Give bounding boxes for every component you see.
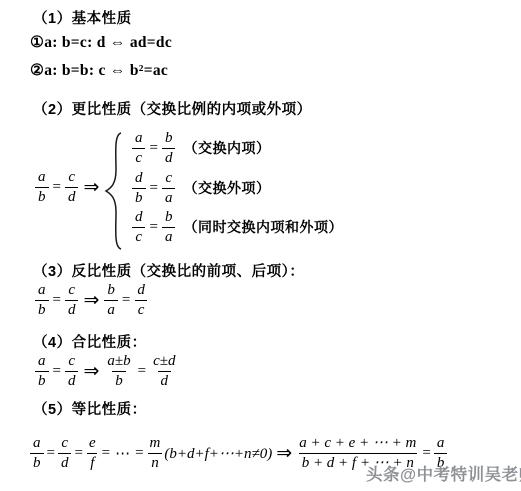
fraction-numerator: c <box>58 434 71 453</box>
case-row-swap-both: d c = b a （同时交换内项和外项） <box>132 208 343 247</box>
section-1-heading: （1）基本性质 <box>33 7 132 28</box>
fraction-numerator: b <box>104 281 118 300</box>
case-note-label: （交换外项） <box>183 178 270 198</box>
fraction-a-b: a b <box>35 168 49 207</box>
section-4-equation: a b = c d ⇒ a±b b = c±d d <box>35 352 178 391</box>
case-row-swap-inner: a c = b d （交换内项） <box>132 129 270 168</box>
implies-arrow-icon: ⇒ <box>273 442 295 464</box>
fraction-c-d: c d <box>65 168 79 207</box>
fraction-denominator: b <box>35 371 49 391</box>
case-row-swap-outer: d b = c a （交换外项） <box>132 169 270 208</box>
fraction-numerator: c <box>65 168 78 187</box>
equals-sign: = <box>51 363 63 380</box>
equals-sign: = <box>148 180 160 197</box>
fraction: a b <box>30 434 44 473</box>
cdots: ⋯ <box>113 444 132 463</box>
fraction-denominator: a <box>162 188 176 208</box>
implies-arrow-icon: ⇒ <box>80 289 102 311</box>
fraction: d b <box>132 169 146 208</box>
implies-arrow-icon: ⇒ <box>80 360 102 382</box>
fraction: b d <box>162 129 176 168</box>
fraction-denominator: b <box>30 453 44 473</box>
fraction-denominator: n <box>148 453 162 473</box>
equals-sign: = <box>51 292 63 309</box>
fraction: c d <box>65 281 79 320</box>
fraction-denominator: b <box>132 188 146 208</box>
fraction-numerator: e <box>86 434 99 453</box>
fraction: c d <box>65 352 79 391</box>
fraction-denominator: d <box>162 148 176 168</box>
fraction-denominator: b <box>112 371 126 391</box>
section-5-heading: （5）等比性质： <box>33 398 147 419</box>
fraction-denominator: d <box>65 187 79 207</box>
fraction: a b <box>35 281 49 320</box>
fraction-numerator: a <box>132 129 146 148</box>
fraction: b a <box>104 281 118 320</box>
fraction: d c <box>132 208 146 247</box>
fraction-denominator: d <box>58 453 72 473</box>
equals-sign: = <box>133 445 145 462</box>
fraction-denominator: a <box>162 227 176 247</box>
fraction: a c <box>132 129 146 168</box>
fraction: c a <box>162 169 176 208</box>
condition-text: (b+d+f+⋯+n≠0) <box>164 444 272 463</box>
section-4-heading: （4）合比性质： <box>33 331 147 352</box>
fraction-denominator: b <box>35 187 49 207</box>
section-2-lhs-equation: a b = c d ⇒ <box>35 168 102 207</box>
section-2-heading: （2）更比性质（交换比例的内项或外项） <box>33 98 312 119</box>
section-3-equation: a b = c d ⇒ b a = d c <box>35 281 148 320</box>
left-brace-icon <box>103 131 123 256</box>
fraction: d c <box>134 281 148 320</box>
fraction-numerator: c±d <box>150 352 178 371</box>
case-note-label: （交换内项） <box>183 138 270 158</box>
fraction-denominator: c <box>135 300 148 320</box>
basic-property-line-1: ①a: b=c: d ⇔ ad=dc <box>30 33 172 52</box>
fraction-numerator: c <box>65 281 78 300</box>
fraction-denominator: c <box>132 148 145 168</box>
equals-sign: = <box>120 292 132 309</box>
fraction-numerator: a <box>35 281 49 300</box>
section-3-heading: （3）反比性质（交换比的前项、后项）： <box>33 260 304 281</box>
equals-sign: = <box>148 140 160 157</box>
watermark: 头条@中考特训吴老师 <box>366 461 521 485</box>
equals-sign: = <box>420 445 432 462</box>
math-notes-page: （1）基本性质 ①a: b=c: d ⇔ ad=dc ②a: b=b: c ⇔ … <box>0 0 521 491</box>
fraction-numerator: a <box>35 168 49 187</box>
fraction-numerator: d <box>134 281 148 300</box>
equals-sign: = <box>136 363 148 380</box>
fraction: b a <box>162 208 176 247</box>
equals-sign: = <box>45 445 57 462</box>
fraction-numerator: d <box>132 208 146 227</box>
fraction-denominator: a <box>104 300 118 320</box>
fraction-denominator: b <box>35 300 49 320</box>
fraction: c±d d <box>150 352 178 391</box>
fraction: e f <box>86 434 99 473</box>
fraction-denominator: c <box>132 227 145 247</box>
fraction-numerator: a <box>30 434 44 453</box>
fraction: m n <box>147 434 164 473</box>
fraction-numerator: m <box>147 434 164 453</box>
fraction-numerator: a±b <box>104 352 133 371</box>
fraction-numerator: c <box>162 169 175 188</box>
fraction-denominator: d <box>65 371 79 391</box>
fraction-denominator: f <box>87 453 97 473</box>
fraction: a b <box>35 352 49 391</box>
equals-sign: = <box>72 445 84 462</box>
fraction-numerator: d <box>132 169 146 188</box>
implies-arrow-icon: ⇒ <box>80 176 102 198</box>
fraction-denominator: d <box>158 371 172 391</box>
fraction-numerator: a + c + e + ⋯ + m <box>296 434 419 453</box>
case-note-label: （同时交换内项和外项） <box>183 217 343 237</box>
fraction-numerator: b <box>162 208 176 227</box>
equals-sign: = <box>100 445 112 462</box>
fraction-numerator: a <box>35 352 49 371</box>
fraction-numerator: c <box>65 352 78 371</box>
equals-sign: = <box>51 179 63 196</box>
fraction-numerator: b <box>162 129 176 148</box>
basic-property-line-2: ②a: b=b: c ⇔ b²=ac <box>30 61 168 80</box>
fraction: c d <box>58 434 72 473</box>
equals-sign: = <box>148 219 160 236</box>
fraction: a±b b <box>104 352 133 391</box>
fraction-numerator: a <box>434 434 448 453</box>
fraction-denominator: d <box>65 300 79 320</box>
